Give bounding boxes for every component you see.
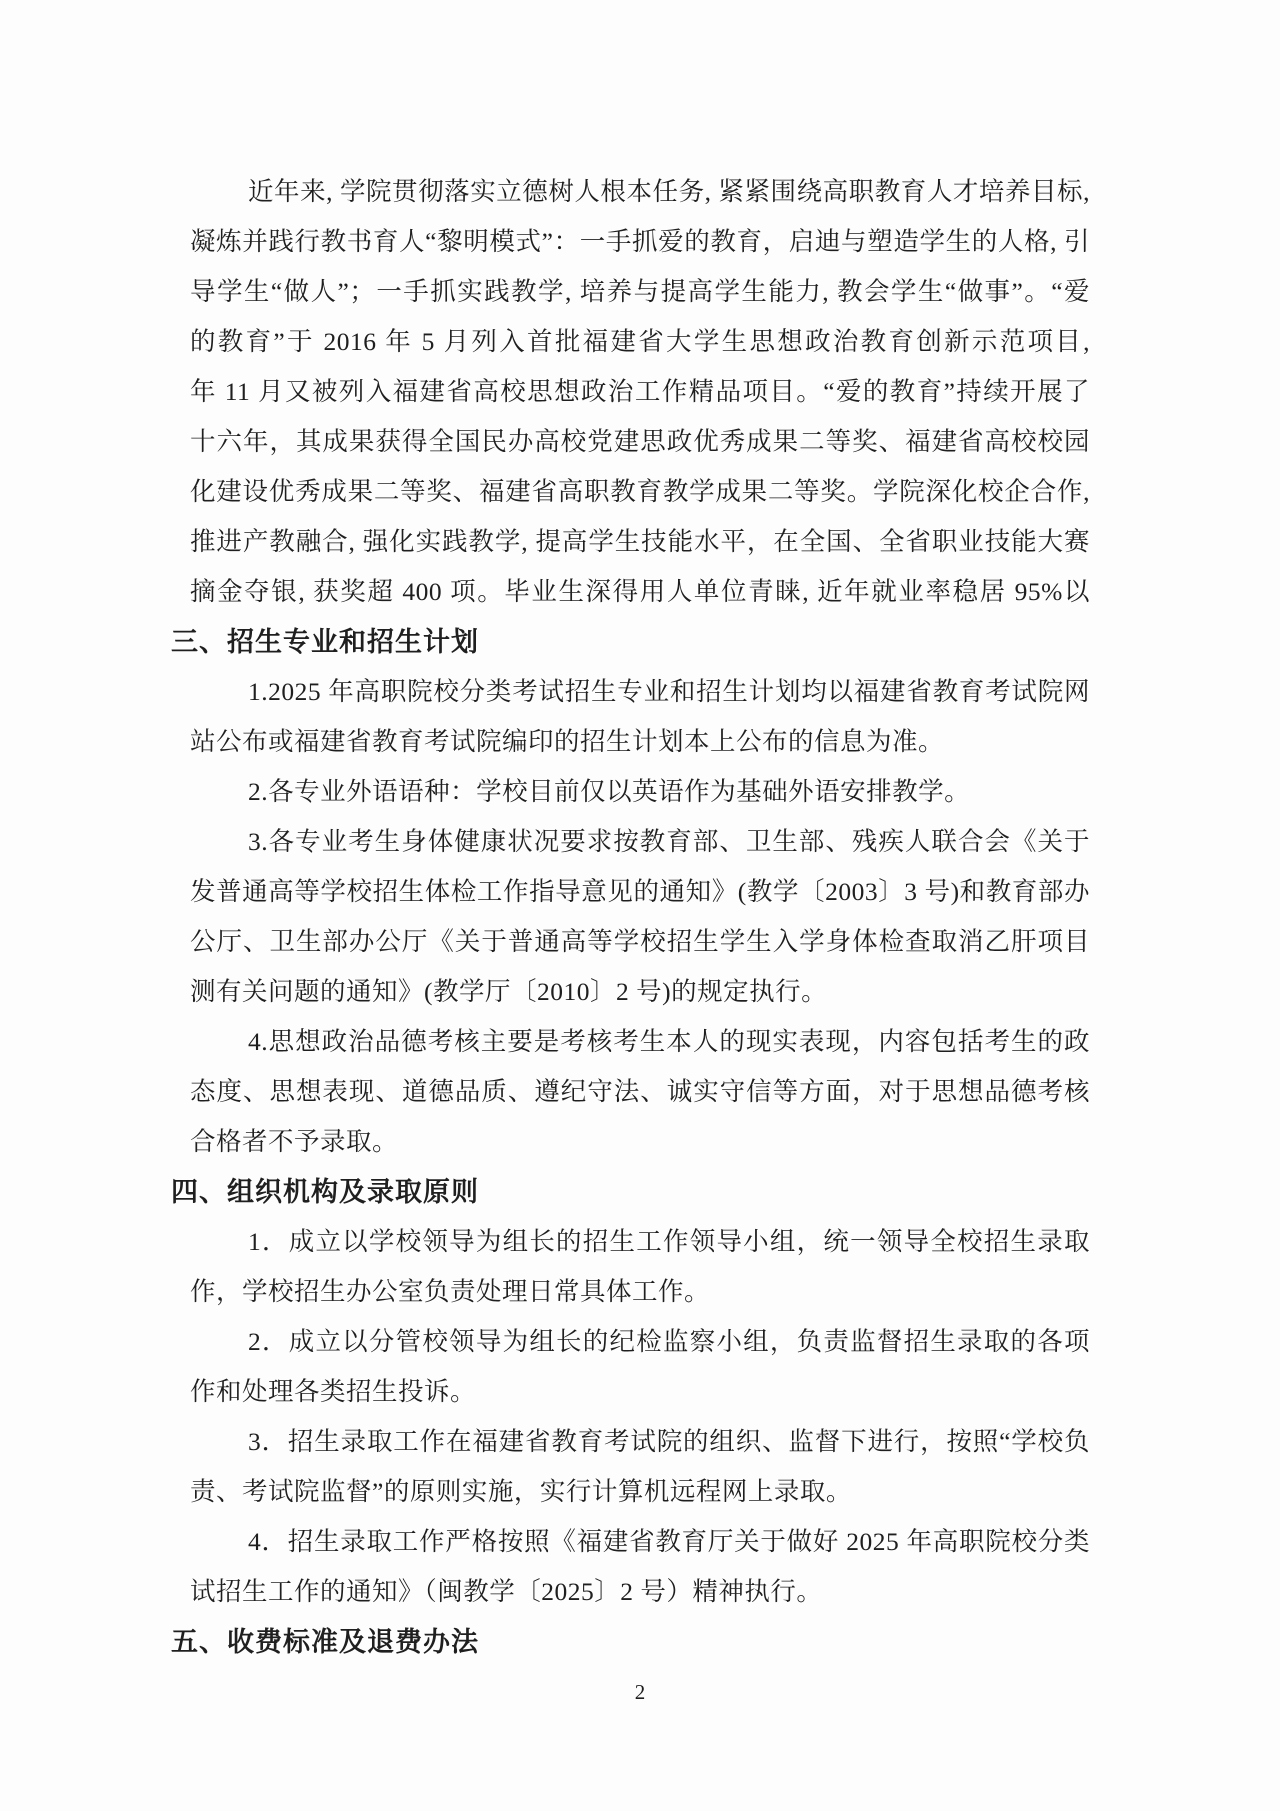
text-line: 试招生工作的通知》（闽教学〔2025〕2 号）精神执行。 — [190, 1567, 1090, 1617]
text-line: 近年来, 学院贯彻落实立德树人根本任务, 紧紧围绕高职教育人才培养目标, — [190, 167, 1090, 217]
text-line: 化建设优秀成果二等奖、福建省高职教育教学成果二等奖。学院深化校企合作, — [190, 467, 1090, 517]
text-line: 的教育”于 2016 年 5 月列入首批福建省大学生思想政治教育创新示范项目, … — [190, 317, 1090, 367]
text-line: 2．成立以分管校领导为组长的纪检监察小组，负责监督招生录取的各项工 — [190, 1317, 1090, 1367]
document-page: 近年来, 学院贯彻落实立德树人根本任务, 紧紧围绕高职教育人才培养目标, 凝炼并… — [0, 0, 1280, 1811]
text-line: 摘金夺银, 获奖超 400 项。毕业生深得用人单位青睐, 近年就业率稳居 95%… — [190, 567, 1090, 617]
text-line: 测有关问题的通知》(教学厅〔2010〕2 号)的规定执行。 — [190, 967, 1090, 1017]
text-line: 年 11 月又被列入福建省高校思想政治工作精品项目。“爱的教育”持续开展了 — [190, 367, 1090, 417]
paragraph-leading-group: 1．成立以学校领导为组长的招生工作领导小组，统一领导全校招生录取工 作，学校招生… — [190, 1217, 1090, 1317]
text-line: 发普通高等学校招生体检工作指导意见的通知》(教学〔2003〕3 号)和教育部办 — [190, 867, 1090, 917]
section-heading-organization-admission: 四、组织机构及录取原则 — [171, 1167, 1090, 1217]
paragraph-admission-policy: 4．招生录取工作严格按照《福建省教育厅关于做好 2025 年高职院校分类考 试招… — [190, 1517, 1090, 1617]
paragraph-admission-process: 3．招生录取工作在福建省教育考试院的组织、监督下进行，按照“学校负 责、考试院监… — [190, 1417, 1090, 1517]
text-line: 1．成立以学校领导为组长的招生工作领导小组，统一领导全校招生录取工 — [190, 1217, 1090, 1267]
section-heading-fees-refund: 五、收费标准及退费办法 — [171, 1617, 1090, 1667]
text-line: 站公布或福建省教育考试院编印的招生计划本上公布的信息为准。 — [190, 717, 1090, 767]
text-line: 导学生“做人”；一手抓实践教学, 培养与提高学生能力, 教会学生“做事”。“爱 — [190, 267, 1090, 317]
text-line: 2.各专业外语语种：学校目前仅以英语作为基础外语安排教学。 — [190, 767, 1090, 817]
text-line: 作和处理各类招生投诉。 — [190, 1367, 1090, 1417]
paragraph-plan-source: 1.2025 年高职院校分类考试招生专业和招生计划均以福建省教育考试院网 站公布… — [190, 667, 1090, 767]
page-number: 2 — [0, 1667, 1280, 1717]
text-line: 责、考试院监督”的原则实施，实行计算机远程网上录取。 — [190, 1467, 1090, 1517]
paragraph-health-requirements: 3.各专业考生身体健康状况要求按教育部、卫生部、残疾人联合会《关于印 发普通高等… — [190, 817, 1090, 1017]
text-line: 凝炼并践行教书育人“黎明模式”：一手抓爱的教育，启迪与塑造学生的人格, 引 — [190, 217, 1090, 267]
text-line: 1.2025 年高职院校分类考试招生专业和招生计划均以福建省教育考试院网 — [190, 667, 1090, 717]
text-line: 3．招生录取工作在福建省教育考试院的组织、监督下进行，按照“学校负 — [190, 1417, 1090, 1467]
paragraph-supervision-group: 2．成立以分管校领导为组长的纪检监察小组，负责监督招生录取的各项工 作和处理各类… — [190, 1317, 1090, 1417]
intro-paragraph: 近年来, 学院贯彻落实立德树人根本任务, 紧紧围绕高职教育人才培养目标, 凝炼并… — [190, 167, 1090, 617]
text-line: 作，学校招生办公室负责处理日常具体工作。 — [190, 1267, 1090, 1317]
section-heading-enrollment-majors-plan: 三、招生专业和招生计划 — [171, 617, 1090, 667]
text-line: 4.思想政治品德考核主要是考核考生本人的现实表现，内容包括考生的政治 — [190, 1017, 1090, 1067]
text-line: 公厅、卫生部办公厅《关于普通高等学校招生学生入学身体检查取消乙肝项目检 — [190, 917, 1090, 967]
text-line: 推进产教融合, 强化实践教学, 提高学生技能水平，在全国、全省职业技能大赛上 — [190, 517, 1090, 567]
text-line: 十六年，其成果获得全国民办高校党建思政优秀成果二等奖、福建省高校校园文 — [190, 417, 1090, 467]
text-line: 合格者不予录取。 — [190, 1117, 1090, 1167]
text-line: 态度、思想表现、道德品质、遵纪守法、诚实守信等方面，对于思想品德考核不 — [190, 1067, 1090, 1117]
document-body: 近年来, 学院贯彻落实立德树人根本任务, 紧紧围绕高职教育人才培养目标, 凝炼并… — [190, 167, 1090, 1667]
text-line: 4．招生录取工作严格按照《福建省教育厅关于做好 2025 年高职院校分类考 — [190, 1517, 1090, 1567]
text-line: 3.各专业考生身体健康状况要求按教育部、卫生部、残疾人联合会《关于印 — [190, 817, 1090, 867]
paragraph-foreign-language: 2.各专业外语语种：学校目前仅以英语作为基础外语安排教学。 — [190, 767, 1090, 817]
paragraph-political-morality: 4.思想政治品德考核主要是考核考生本人的现实表现，内容包括考生的政治 态度、思想… — [190, 1017, 1090, 1167]
